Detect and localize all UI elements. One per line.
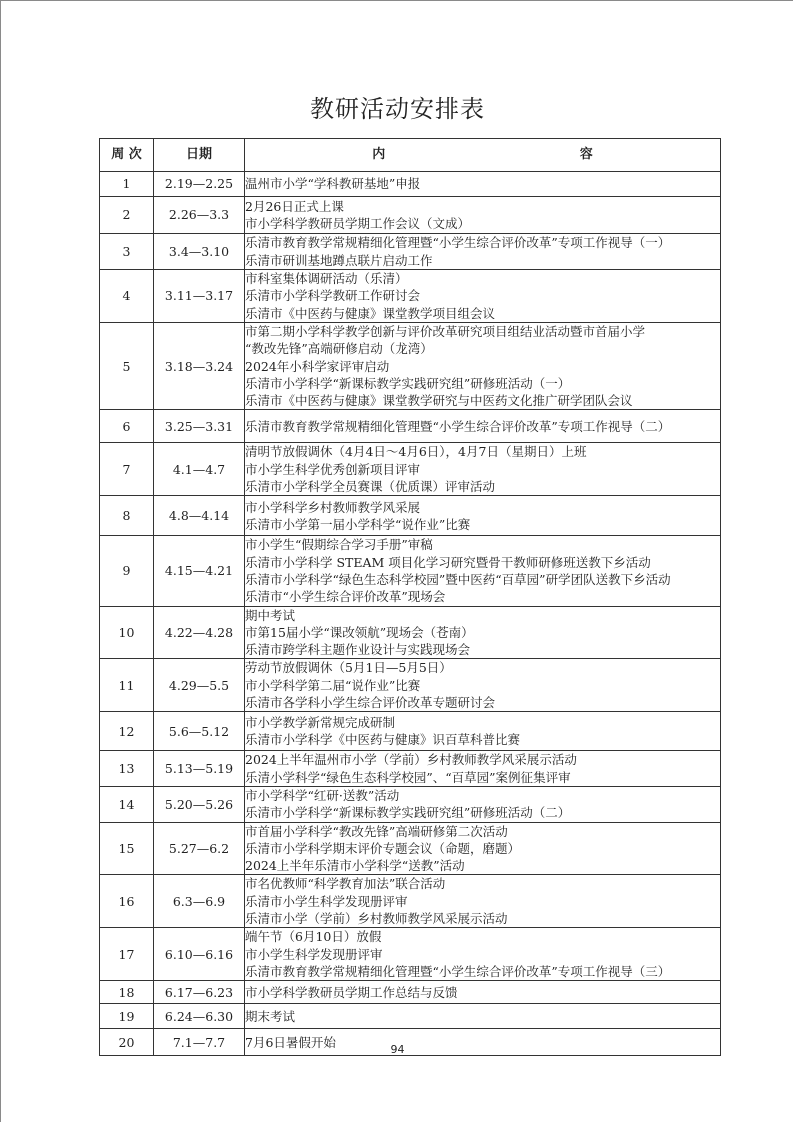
date-cell: 2.19—2.25 xyxy=(154,172,245,197)
table-row: 196.24—6.30期末考试 xyxy=(100,1004,721,1029)
activity-line: 乐清市小学科学期末评价专题会议（命题，磨题） xyxy=(245,840,720,857)
activity-line: 2024年小科学家评审启动 xyxy=(245,358,720,375)
content-cell: 市小学科学“红研·送教”活动乐清市小学科学“新课标教学实践研究组”研修班活动（二… xyxy=(245,786,721,822)
activity-line: 市小学生科学发现册评审 xyxy=(245,946,720,963)
activity-line: 乐清市小学（学前）乡村教师教学风采展示活动 xyxy=(245,910,720,927)
table-row: 114.29—5.5劳动节放假调休（5月1日—5月5日）市小学科学第二届“说作业… xyxy=(100,659,721,712)
date-cell: 3.11—3.17 xyxy=(154,270,245,323)
table-row: 53.18—3.24市第二期小学科学教学创新与评价改革研究项目组结业活动暨市首届… xyxy=(100,323,721,410)
week-cell: 4 xyxy=(100,270,154,323)
activity-line: 期末考试 xyxy=(245,1008,720,1025)
week-cell: 1 xyxy=(100,172,154,197)
week-cell: 7 xyxy=(100,443,154,496)
date-cell: 4.1—4.7 xyxy=(154,443,245,496)
activity-line: 劳动节放假调休（5月1日—5月5日） xyxy=(245,659,720,676)
table-row: 84.8—4.14市小学科学乡村教师教学风采展乐清市小学第一届小学科学“说作业”… xyxy=(100,496,721,536)
activity-line: 市首届小学科学“教改先锋”高端研修第二次活动 xyxy=(245,823,720,840)
week-cell: 2 xyxy=(100,197,154,234)
activity-line: 市第15届小学“课改领航”现场会（苍南） xyxy=(245,624,720,641)
activity-line: 乐清市跨学科主题作业设计与实践现场会 xyxy=(245,641,720,658)
activity-line: 市小学科学乡村教师教学风采展 xyxy=(245,499,720,516)
header-content-label: 内 容 xyxy=(372,146,593,163)
date-cell: 4.29—5.5 xyxy=(154,659,245,712)
content-cell: 2024上半年温州市小学（学前）乡村教师教学风采展示活动乐清小学科学“绿色生态科… xyxy=(245,751,721,787)
content-cell: 市科室集体调研活动（乐清）乐清市小学科学教研工作研讨会乐清市《中医药与健康》课堂… xyxy=(245,270,721,323)
week-cell: 15 xyxy=(100,822,154,875)
table-row: 145.20—5.26市小学科学“红研·送教”活动乐清市小学科学“新课标教学实践… xyxy=(100,786,721,822)
content-cell: 市第二期小学科学教学创新与评价改革研究项目组结业活动暨市首届小学“教改先锋”高端… xyxy=(245,323,721,410)
activity-line: 清明节放假调休（4月4日～4月6日），4月7日（星期日）上班 xyxy=(245,443,720,460)
activity-line: 2024上半年温州市小学（学前）乡村教师教学风采展示活动 xyxy=(245,751,720,768)
content-cell: 市小学科学乡村教师教学风采展乐清市小学第一届小学科学“说作业”比赛 xyxy=(245,496,721,536)
content-cell: 期中考试市第15届小学“课改领航”现场会（苍南）乐清市跨学科主题作业设计与实践现… xyxy=(245,606,721,659)
content-cell: 市小学教学新常规完成研制乐清市小学科学《中医药与健康》识百草科普比赛 xyxy=(245,712,721,751)
activity-line: “教改先锋”高端研修启动（龙湾） xyxy=(245,340,720,357)
table-row: 74.1—4.7清明节放假调休（4月4日～4月6日），4月7日（星期日）上班市小… xyxy=(100,443,721,496)
date-cell: 6.3—6.9 xyxy=(154,875,245,928)
activity-line: 乐清市各学科小学生综合评价改革专题研讨会 xyxy=(245,694,720,711)
date-cell: 5.20—5.26 xyxy=(154,786,245,822)
activity-line: 市科室集体调研活动（乐清） xyxy=(245,270,720,287)
activity-line: 市名优教师“科学教育加法”联合活动 xyxy=(245,875,720,892)
date-cell: 3.4—3.10 xyxy=(154,234,245,270)
table-row: 176.10—6.16端午节（6月10日）放假市小学生科学发现册评审乐清市教育教… xyxy=(100,928,721,981)
activity-line: 乐清市小学科学“新课标教学实践研究组”研修班活动（一） xyxy=(245,375,720,392)
activity-line: 乐清市“小学生综合评价改革”现场会 xyxy=(245,588,720,605)
date-cell: 3.18—3.24 xyxy=(154,323,245,410)
activity-line: 乐清市小学科学全员赛课（优质课）评审活动 xyxy=(245,478,720,495)
table-row: 43.11—3.17市科室集体调研活动（乐清）乐清市小学科学教研工作研讨会乐清市… xyxy=(100,270,721,323)
activity-line: 乐清市小学科学《中医药与健康》识百草科普比赛 xyxy=(245,731,720,748)
activity-line: 乐清小学科学“绿色生态科学校园”、“百草园”案例征集评审 xyxy=(245,769,720,786)
page-number: 94 xyxy=(1,1043,793,1056)
activity-line: 市第二期小学科学教学创新与评价改革研究项目组结业活动暨市首届小学 xyxy=(245,323,720,340)
table-header-row: 周 次 日期 内 容 xyxy=(100,139,721,172)
table-row: 155.27—6.2市首届小学科学“教改先锋”高端研修第二次活动乐清市小学科学期… xyxy=(100,822,721,875)
table-row: 12.19—2.25温州市小学“学科教研基地”申报 xyxy=(100,172,721,197)
week-cell: 3 xyxy=(100,234,154,270)
table-row: 125.6—5.12市小学教学新常规完成研制乐清市小学科学《中医药与健康》识百草… xyxy=(100,712,721,751)
activity-line: 乐清市教育教学常规精细化管理暨“小学生综合评价改革”专项工作视导（三） xyxy=(245,963,720,980)
week-cell: 12 xyxy=(100,712,154,751)
activity-line: 2月26日正式上课 xyxy=(245,198,720,215)
content-cell: 劳动节放假调休（5月1日—5月5日）市小学科学第二届“说作业”比赛乐清市各学科小… xyxy=(245,659,721,712)
content-cell: 市小学生“假期综合学习手册”审稿乐清市小学科学 STEAM 项目化学习研究暨骨干… xyxy=(245,536,721,606)
week-cell: 10 xyxy=(100,606,154,659)
date-cell: 4.15—4.21 xyxy=(154,536,245,606)
table-row: 22.26—3.32月26日正式上课市小学科学教研员学期工作会议（文成） xyxy=(100,197,721,234)
week-cell: 19 xyxy=(100,1004,154,1029)
week-cell: 8 xyxy=(100,496,154,536)
schedule-table: 周 次 日期 内 容 12.19—2.25温州市小学“学科教研基地”申报22.2… xyxy=(99,138,721,1056)
activity-line: 乐清市小学科学“新课标教学实践研究组”研修班活动（二） xyxy=(245,804,720,821)
header-week: 周 次 xyxy=(100,139,154,172)
activity-line: 温州市小学“学科教研基地”申报 xyxy=(245,175,720,192)
activity-line: 乐清市小学科学 STEAM 项目化学习研究暨骨干教师研修班送教下乡活动 xyxy=(245,554,720,571)
date-cell: 6.17—6.23 xyxy=(154,981,245,1004)
content-cell: 乐清市教育教学常规精细化管理暨“小学生综合评价改革”专项工作视导（一）乐清市研训… xyxy=(245,234,721,270)
content-cell: 2月26日正式上课市小学科学教研员学期工作会议（文成） xyxy=(245,197,721,234)
table-row: 186.17—6.23市小学科学教研员学期工作总结与反馈 xyxy=(100,981,721,1004)
table-row: 166.3—6.9市名优教师“科学教育加法”联合活动乐清市小学生科学发现册评审乐… xyxy=(100,875,721,928)
content-cell: 清明节放假调休（4月4日～4月6日），4月7日（星期日）上班市小学生科学优秀创新… xyxy=(245,443,721,496)
table-row: 63.25—3.31乐清市教育教学常规精细化管理暨“小学生综合评价改革”专项工作… xyxy=(100,410,721,443)
activity-line: 乐清市小学科学“绿色生态科学校园”暨中医药“百草园”研学团队送教下乡活动 xyxy=(245,571,720,588)
content-cell: 市名优教师“科学教育加法”联合活动乐清市小学生科学发现册评审乐清市小学（学前）乡… xyxy=(245,875,721,928)
week-cell: 11 xyxy=(100,659,154,712)
week-cell: 18 xyxy=(100,981,154,1004)
activity-line: 市小学生“假期综合学习手册”审稿 xyxy=(245,536,720,553)
table-body: 12.19—2.25温州市小学“学科教研基地”申报22.26—3.32月26日正… xyxy=(100,172,721,1056)
date-cell: 3.25—3.31 xyxy=(154,410,245,443)
table-row: 104.22—4.28期中考试市第15届小学“课改领航”现场会（苍南）乐清市跨学… xyxy=(100,606,721,659)
week-cell: 9 xyxy=(100,536,154,606)
activity-line: 市小学科学“红研·送教”活动 xyxy=(245,787,720,804)
date-cell: 6.24—6.30 xyxy=(154,1004,245,1029)
activity-line: 市小学教学新常规完成研制 xyxy=(245,714,720,731)
activity-line: 市小学科学教研员学期工作总结与反馈 xyxy=(245,984,720,1001)
activity-line: 市小学科学第二届“说作业”比赛 xyxy=(245,677,720,694)
activity-line: 乐清市小学生科学发现册评审 xyxy=(245,893,720,910)
activity-line: 乐清市《中医药与健康》课堂教学研究与中医药文化推广研学团队会议 xyxy=(245,392,720,409)
header-date: 日期 xyxy=(154,139,245,172)
table-row: 94.15—4.21市小学生“假期综合学习手册”审稿乐清市小学科学 STEAM … xyxy=(100,536,721,606)
content-cell: 市首届小学科学“教改先锋”高端研修第二次活动乐清市小学科学期末评价专题会议（命题… xyxy=(245,822,721,875)
page-title: 教研活动安排表 xyxy=(1,89,793,124)
date-cell: 5.6—5.12 xyxy=(154,712,245,751)
content-cell: 期末考试 xyxy=(245,1004,721,1029)
activity-line: 2024上半年乐清市小学科学“送教”活动 xyxy=(245,857,720,874)
date-cell: 4.8—4.14 xyxy=(154,496,245,536)
week-cell: 13 xyxy=(100,751,154,787)
activity-line: 乐清市小学第一届小学科学“说作业”比赛 xyxy=(245,516,720,533)
activity-line: 市小学生科学优秀创新项目评审 xyxy=(245,461,720,478)
week-cell: 14 xyxy=(100,786,154,822)
content-cell: 市小学科学教研员学期工作总结与反馈 xyxy=(245,981,721,1004)
date-cell: 6.10—6.16 xyxy=(154,928,245,981)
week-cell: 6 xyxy=(100,410,154,443)
date-cell: 4.22—4.28 xyxy=(154,606,245,659)
activity-line: 乐清市小学科学教研工作研讨会 xyxy=(245,287,720,304)
week-cell: 17 xyxy=(100,928,154,981)
activity-line: 乐清市教育教学常规精细化管理暨“小学生综合评价改革”专项工作视导（一） xyxy=(245,234,720,251)
date-cell: 5.27—6.2 xyxy=(154,822,245,875)
content-cell: 端午节（6月10日）放假市小学生科学发现册评审乐清市教育教学常规精细化管理暨“小… xyxy=(245,928,721,981)
activity-line: 端午节（6月10日）放假 xyxy=(245,928,720,945)
week-cell: 16 xyxy=(100,875,154,928)
activity-line: 乐清市《中医药与健康》课堂教学项目组会议 xyxy=(245,305,720,322)
content-cell: 温州市小学“学科教研基地”申报 xyxy=(245,172,721,197)
activity-line: 乐清市教育教学常规精细化管理暨“小学生综合评价改革”专项工作视导（二） xyxy=(245,418,720,435)
date-cell: 5.13—5.19 xyxy=(154,751,245,787)
content-cell: 乐清市教育教学常规精细化管理暨“小学生综合评价改革”专项工作视导（二） xyxy=(245,410,721,443)
date-cell: 2.26—3.3 xyxy=(154,197,245,234)
table-row: 33.4—3.10乐清市教育教学常规精细化管理暨“小学生综合评价改革”专项工作视… xyxy=(100,234,721,270)
activity-line: 乐清市研训基地蹲点联片启动工作 xyxy=(245,252,720,269)
activity-line: 市小学科学教研员学期工作会议（文成） xyxy=(245,215,720,232)
activity-line: 期中考试 xyxy=(245,607,720,624)
header-content: 内 容 xyxy=(245,139,721,172)
table-row: 135.13—5.192024上半年温州市小学（学前）乡村教师教学风采展示活动乐… xyxy=(100,751,721,787)
week-cell: 5 xyxy=(100,323,154,410)
